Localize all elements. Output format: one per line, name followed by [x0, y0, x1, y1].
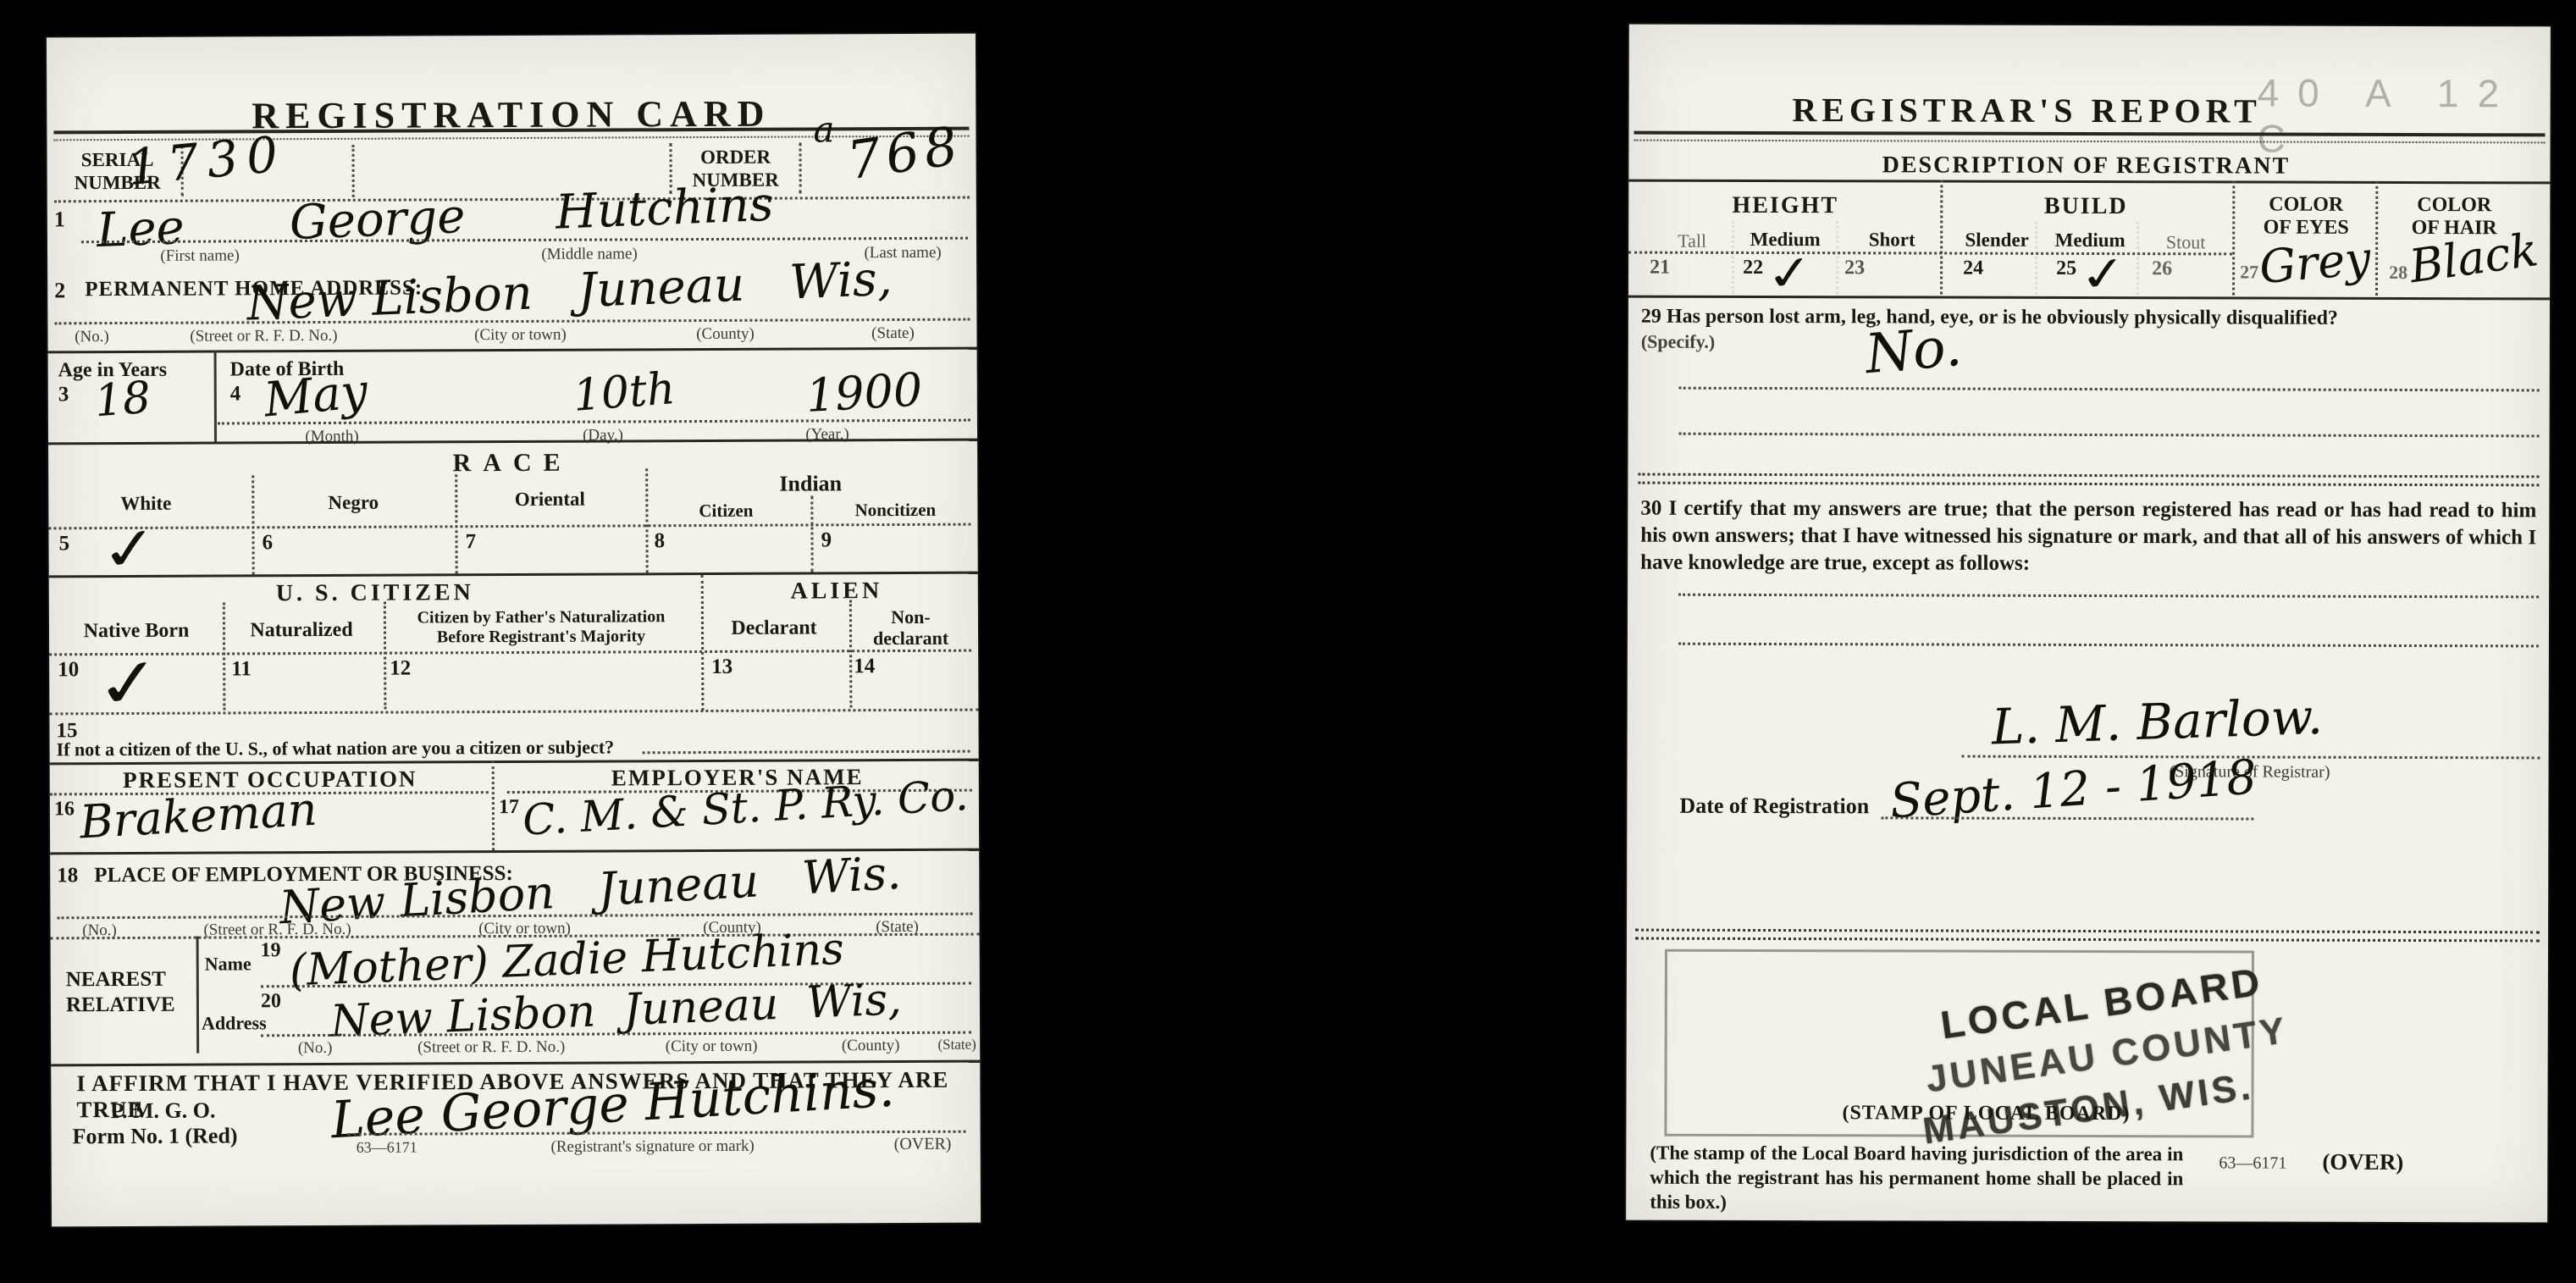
registrant-signature-caption: (Registrant's signature or mark) [550, 1137, 754, 1157]
pmgo-label: P. M. G. O. [110, 1098, 215, 1125]
q29-line-2 [1679, 433, 2540, 438]
race-divider-1 [252, 475, 255, 574]
q30-line-1 [1678, 594, 2539, 599]
citizen-col-father: Citizen by Father's Naturalization Befor… [392, 607, 690, 648]
stamp-note: (The stamp of the Local Board having jur… [1650, 1141, 2183, 1216]
citizen-number-14: 14 [854, 655, 875, 678]
line2-number: 2 [54, 278, 65, 303]
citizen-divider-3 [849, 600, 853, 707]
nearest-label-line2: RELATIVE [66, 993, 175, 1019]
eyes-header: COLOR OF EYES [2255, 194, 2357, 240]
report-form-code: 63—6171 [2219, 1153, 2286, 1173]
build-slender-label: Slender [1965, 230, 2028, 252]
dob-number: 4 [230, 382, 241, 406]
q15-answer-line [643, 750, 970, 755]
order-number-label: ORDER [672, 146, 799, 169]
height-short-label: Short [1869, 229, 1915, 251]
q30-line-2 [1678, 643, 2539, 648]
race-labels-underline [48, 523, 970, 530]
occupation-employer-divider [492, 760, 495, 850]
relative-county-sublabel: (County) [842, 1037, 900, 1055]
relative-street-sublabel: (Street or R. F. D. No.) [417, 1038, 565, 1058]
height-number-23: 23 [1844, 257, 1865, 279]
address-no-sublabel: (No.) [75, 328, 109, 346]
height-tall-label: Tall [1678, 230, 1706, 252]
race-divider-2 [455, 474, 458, 573]
serial-row-divider [351, 145, 354, 197]
eyes-header-line1: COLOR [2255, 194, 2357, 217]
q29-answer-handwritten: No. [1863, 316, 1965, 386]
race-number-8: 8 [654, 529, 665, 553]
eyes-number-27: 27 [2240, 261, 2258, 283]
relative-name-number: 19 [261, 939, 281, 962]
build-stout-label: Stout [2166, 231, 2206, 253]
address-city-sublabel: (City or town) [474, 326, 567, 345]
relative-state-sublabel: (State) [937, 1037, 976, 1053]
stamp-caption: (STAMP OF LOCAL BOARD) [1842, 1102, 2130, 1125]
height-number-22: 22 [1743, 257, 1763, 279]
build-number-24: 24 [1963, 257, 1983, 280]
registration-card: REGISTRATION CARD SERIAL NUMBER 1730 ORD… [47, 34, 981, 1227]
build-eyes-divider [2232, 180, 2235, 295]
q30-text: 30 I certify that my answers are true; t… [1640, 495, 2536, 579]
race-col-negro: Negro [328, 492, 379, 514]
build-number-25: 25 [2056, 257, 2076, 280]
race-col-citizen: Citizen [699, 500, 753, 522]
scanned-document: REGISTRATION CARD SERIAL NUMBER 1730 ORD… [0, 0, 2576, 1283]
build-inner-divider-1 [2035, 222, 2037, 295]
occupation-number: 16 [54, 798, 75, 821]
registrars-report-title: REGISTRAR'S REPORT [1792, 90, 2262, 130]
citizen-number-10: 10 [58, 658, 79, 682]
dob-year-handwritten: 1900 [804, 362, 924, 423]
form-number-label: Form No. 1 (Red) [73, 1123, 238, 1149]
over-label: (OVER) [894, 1135, 952, 1154]
citizen-col-nativeborn: Native Born [84, 620, 190, 644]
height-build-divider [1940, 180, 1943, 295]
relative-no-sublabel: (No.) [298, 1039, 333, 1058]
citizen-section-top-rule [49, 572, 978, 578]
q18-handwritten: New Lisbon Juneau Wis. [278, 846, 903, 935]
hair-header-line1: COLOR [2403, 194, 2505, 217]
citizen-divider-2 [384, 602, 387, 710]
height-medium-checkmark: ✓ [1762, 244, 1817, 303]
citizen-col-declarant: Declarant [731, 617, 816, 639]
eyes-handwritten: Grey [2258, 231, 2373, 294]
description-subtitle: DESCRIPTION OF REGISTRANT [1882, 152, 2291, 180]
race-number-9: 9 [821, 528, 832, 552]
citizen-labels-underline [49, 650, 971, 656]
report-title-divider [1633, 131, 2545, 144]
age-dob-divider [214, 351, 217, 442]
height-number-21: 21 [1650, 257, 1670, 279]
line1-number: 1 [54, 207, 65, 232]
eyes-hair-divider [2375, 181, 2378, 296]
nearest-relative-label: NEAREST RELATIVE [66, 967, 175, 1019]
first-name-sublabel: (First name) [160, 246, 240, 265]
height-inner-divider-1 [1732, 221, 1734, 294]
pencil-annotation: 40 A 12 C [2257, 70, 2550, 163]
date-of-registration-label: Date of Registration [1679, 794, 1869, 820]
citizen-number-11: 11 [231, 657, 252, 681]
q18-number: 18 [57, 864, 78, 888]
citizen-number-12: 12 [390, 657, 411, 681]
race-divider-4 [810, 495, 813, 572]
relative-address-number: 20 [261, 990, 281, 1013]
race-title: RACE [453, 449, 572, 478]
build-header: BUILD [2044, 193, 2128, 220]
citizen-col-nondeclarant: Non-declarant [862, 606, 959, 650]
q30-top-divider [1638, 473, 2539, 487]
race-indian-label: Indian [779, 471, 842, 496]
dob-day-handwritten: 10th [572, 363, 677, 422]
form-code: 63—6171 [357, 1139, 417, 1157]
employer-number: 17 [499, 796, 519, 819]
description-table-top [1628, 180, 2550, 185]
age-row-top-rule [48, 347, 977, 354]
build-number-26: 26 [2152, 257, 2172, 280]
citizen-number-13: 13 [711, 655, 732, 679]
height-inner-divider-2 [1836, 221, 1838, 294]
relative-name-label: Name [205, 953, 252, 975]
nearest-label-line1: NEAREST [66, 967, 175, 993]
q29-line-1 [1679, 387, 2540, 392]
registrar-signature-handwritten: L. M. Barlow. [1991, 688, 2324, 756]
citizen-section-title: U. S. CITIZEN [276, 579, 474, 607]
relative-city-sublabel: (City or town) [666, 1037, 758, 1056]
race-divider-3 [645, 468, 649, 572]
citizen-table-bottom [49, 709, 978, 716]
relative-address-label: Address [202, 1012, 267, 1034]
q15-text: If not a citizen of the U. S., of what n… [57, 736, 615, 760]
citizen-alien-divider [701, 575, 705, 711]
race-col-white: White [120, 493, 171, 515]
dob-month-handwritten: May [262, 364, 370, 429]
alien-section-title: ALIEN [790, 578, 882, 605]
hair-number-28: 28 [2389, 262, 2407, 284]
relative-box-border [196, 937, 200, 1053]
build-medium-checkmark: ✓ [2076, 244, 2131, 303]
race-col-oriental: Oriental [515, 489, 585, 511]
race-number-7: 7 [465, 530, 476, 554]
address-street-sublabel: (Street or R. F. D. No.) [190, 327, 337, 346]
options-underline [1628, 252, 2232, 256]
citizen-divider-1 [223, 602, 226, 710]
address-county-sublabel: (County) [696, 325, 755, 344]
registrars-report-card: REGISTRAR'S REPORT 40 A 12 C DESCRIPTION… [1626, 25, 2551, 1223]
age-number: 3 [58, 383, 69, 406]
report-over-label: (OVER) [2322, 1149, 2403, 1175]
build-inner-divider-2 [2137, 222, 2139, 295]
race-col-noncitizen: Noncitizen [855, 500, 937, 521]
q29-specify-label: (Specify.) [1641, 331, 1715, 353]
address-state-sublabel: (State) [871, 324, 915, 343]
citizen-col-naturalized: Naturalized [250, 619, 352, 643]
stamp-section-divider [1635, 929, 2540, 943]
q29-text: 29 Has person lost arm, leg, hand, eye, … [1641, 306, 2539, 331]
height-header: HEIGHT [1732, 192, 1838, 219]
race-number-6: 6 [262, 531, 273, 555]
order-number-prefix: a [813, 108, 834, 150]
age-handwritten: 18 [93, 373, 152, 428]
race-number-5: 5 [58, 532, 69, 556]
